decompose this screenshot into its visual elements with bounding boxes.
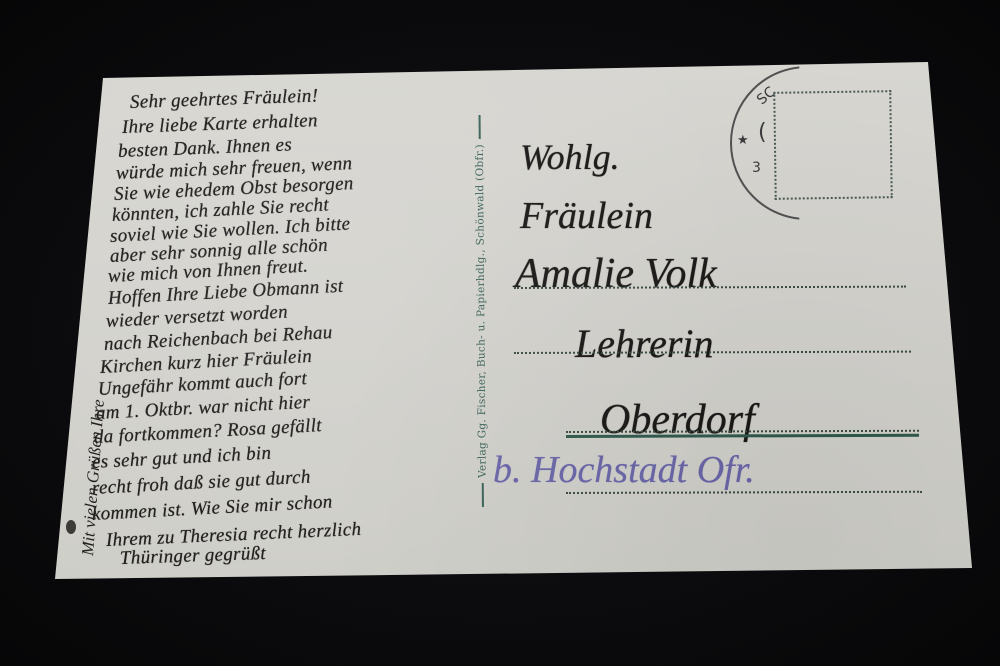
message-line: Ihre liebe Karte erhalten	[122, 110, 319, 139]
message-line: Sie wie ehedem Obst besorgen	[114, 173, 355, 206]
divider-rule	[479, 115, 481, 139]
postmark-star-icon: ★	[737, 133, 749, 148]
address-title: Fräulein	[520, 194, 653, 238]
address-salutation: Wohlg.	[520, 136, 620, 178]
message-line: Thüringer gegrüßt	[120, 543, 267, 570]
publisher-text: Verlag Gg. Fischer, Buch- u. Papierhdlg.…	[474, 144, 489, 478]
address-town: Oberdorf	[600, 396, 755, 444]
address-occupation: Lehrerin	[575, 320, 714, 367]
postmark-date: 3	[752, 160, 761, 176]
message-line: da fortkommen? Rosa gefällt	[93, 415, 322, 449]
message-line: besten Dank. Ihnen es	[118, 134, 293, 163]
message-line: Ihrem zu Theresia recht herzlich	[106, 519, 362, 552]
postmark-mark: (	[758, 120, 767, 145]
postcard: Sehr geehrtes Fräulein! Ihre liebe Karte…	[0, 0, 1000, 666]
message-line: nach Reichenbach bei Rehau	[103, 322, 333, 356]
postmark-letters: SC	[754, 84, 779, 108]
address-dotted-line-1	[514, 286, 906, 289]
address-dotted-line-2	[514, 351, 911, 354]
side-margin-note: Mit vielen Grüßen Ihre	[78, 399, 109, 557]
address-dotted-line-4	[566, 491, 922, 494]
message-line: würde mich sehr freuen, wenn	[116, 153, 353, 185]
message-line: wieder versetzt worden	[105, 301, 288, 333]
message-line: es sehr gut und ich bin	[91, 443, 271, 474]
divider-rule	[482, 483, 484, 507]
ink-blot	[66, 520, 76, 534]
message-line: Ungefähr kommt auch fort	[97, 368, 307, 401]
message-line: soviel wie Sie wollen. Ich bitte	[109, 213, 351, 248]
message-line: recht froh daß sie gut durch	[91, 467, 311, 500]
message-line: Hoffen Ihre Liebe Obmann ist	[107, 276, 344, 310]
message-line: könnten, ich zahle Sie recht	[111, 194, 329, 227]
postmark-circle	[730, 66, 884, 220]
address-district-purple: b. Hochstadt Ofr.	[493, 448, 755, 492]
message-line: wie mich von Ihnen freut.	[107, 256, 308, 288]
address-name: Amalie Volk	[515, 250, 717, 298]
message-line: Sehr geehrtes Fräulein!	[130, 85, 319, 114]
message-line: am 1. Oktbr. war nicht hier	[95, 392, 310, 425]
publisher-imprint: Verlag Gg. Fischer, Buch- u. Papierhdlg.…	[473, 110, 489, 512]
message-line: aber sehr sonnig alle schön	[109, 235, 328, 268]
address-dotted-line-3	[566, 430, 919, 433]
address-underline-green	[566, 434, 919, 438]
message-line: Kirchen kurz hier Fräulein	[99, 346, 312, 379]
stamp-placeholder-box	[773, 90, 892, 200]
message-line: kommen ist. Wie Sie mir schon	[91, 491, 333, 526]
